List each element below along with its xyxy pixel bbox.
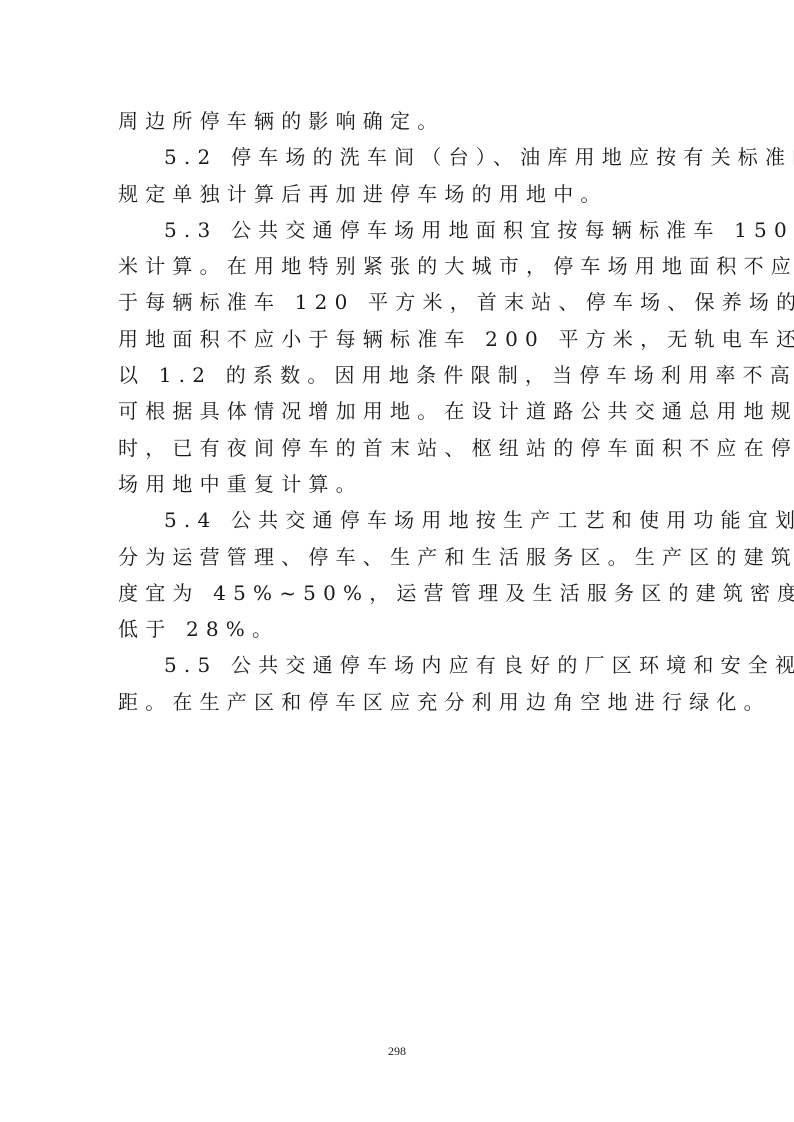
clause-5-4-line: 5.4 公共交通停车场用地按生产工艺和使用功能宜划 [118,502,680,538]
body-text: 周边所停车辆的影响确定。 5.2 停车场的洗车间（台）、油库用地应按有关标准的 … [118,103,680,720]
text-line: 于每辆标准车 120 平方米，首末站、停车场、保养场的综合 [118,284,680,320]
page-number: 298 [0,1044,794,1059]
text-line: 距。在生产区和停车区应充分利用边角空地进行绿化。 [118,684,680,720]
text-line: 时，已有夜间停车的首末站、枢纽站的停车面积不应在停车 [118,430,680,466]
document-page: 周边所停车辆的影响确定。 5.2 停车场的洗车间（台）、油库用地应按有关标准的 … [0,0,794,1122]
clause-5-3-line: 5.3 公共交通停车场用地面积宜按每辆标准车 150 平方 [118,212,680,248]
text-line: 米计算。在用地特别紧张的大城市，停车场用地面积不应小 [118,248,680,284]
text-line: 以 1.2 的系数。因用地条件限制，当停车场利用率不高时， [118,357,680,393]
clause-5-5-line: 5.5 公共交通停车场内应有良好的厂区环境和安全视 [118,647,680,683]
text-line: 分为运营管理、停车、生产和生活服务区。生产区的建筑密 [118,539,680,575]
text-line: 周边所停车辆的影响确定。 [118,103,680,139]
text-line: 场用地中重复计算。 [118,466,680,502]
text-line: 低于 28%。 [118,611,680,647]
clause-5-2-line: 5.2 停车场的洗车间（台）、油库用地应按有关标准的 [118,139,680,175]
text-line: 规定单独计算后再加进停车场的用地中。 [118,176,680,212]
text-line: 用地面积不应小于每辆标准车 200 平方米，无轨电车还应乘 [118,321,680,357]
text-line: 可根据具体情况增加用地。在设计道路公共交通总用地规模 [118,393,680,429]
text-line: 度宜为 45%~50%，运营管理及生活服务区的建筑密度不宜 [118,575,680,611]
